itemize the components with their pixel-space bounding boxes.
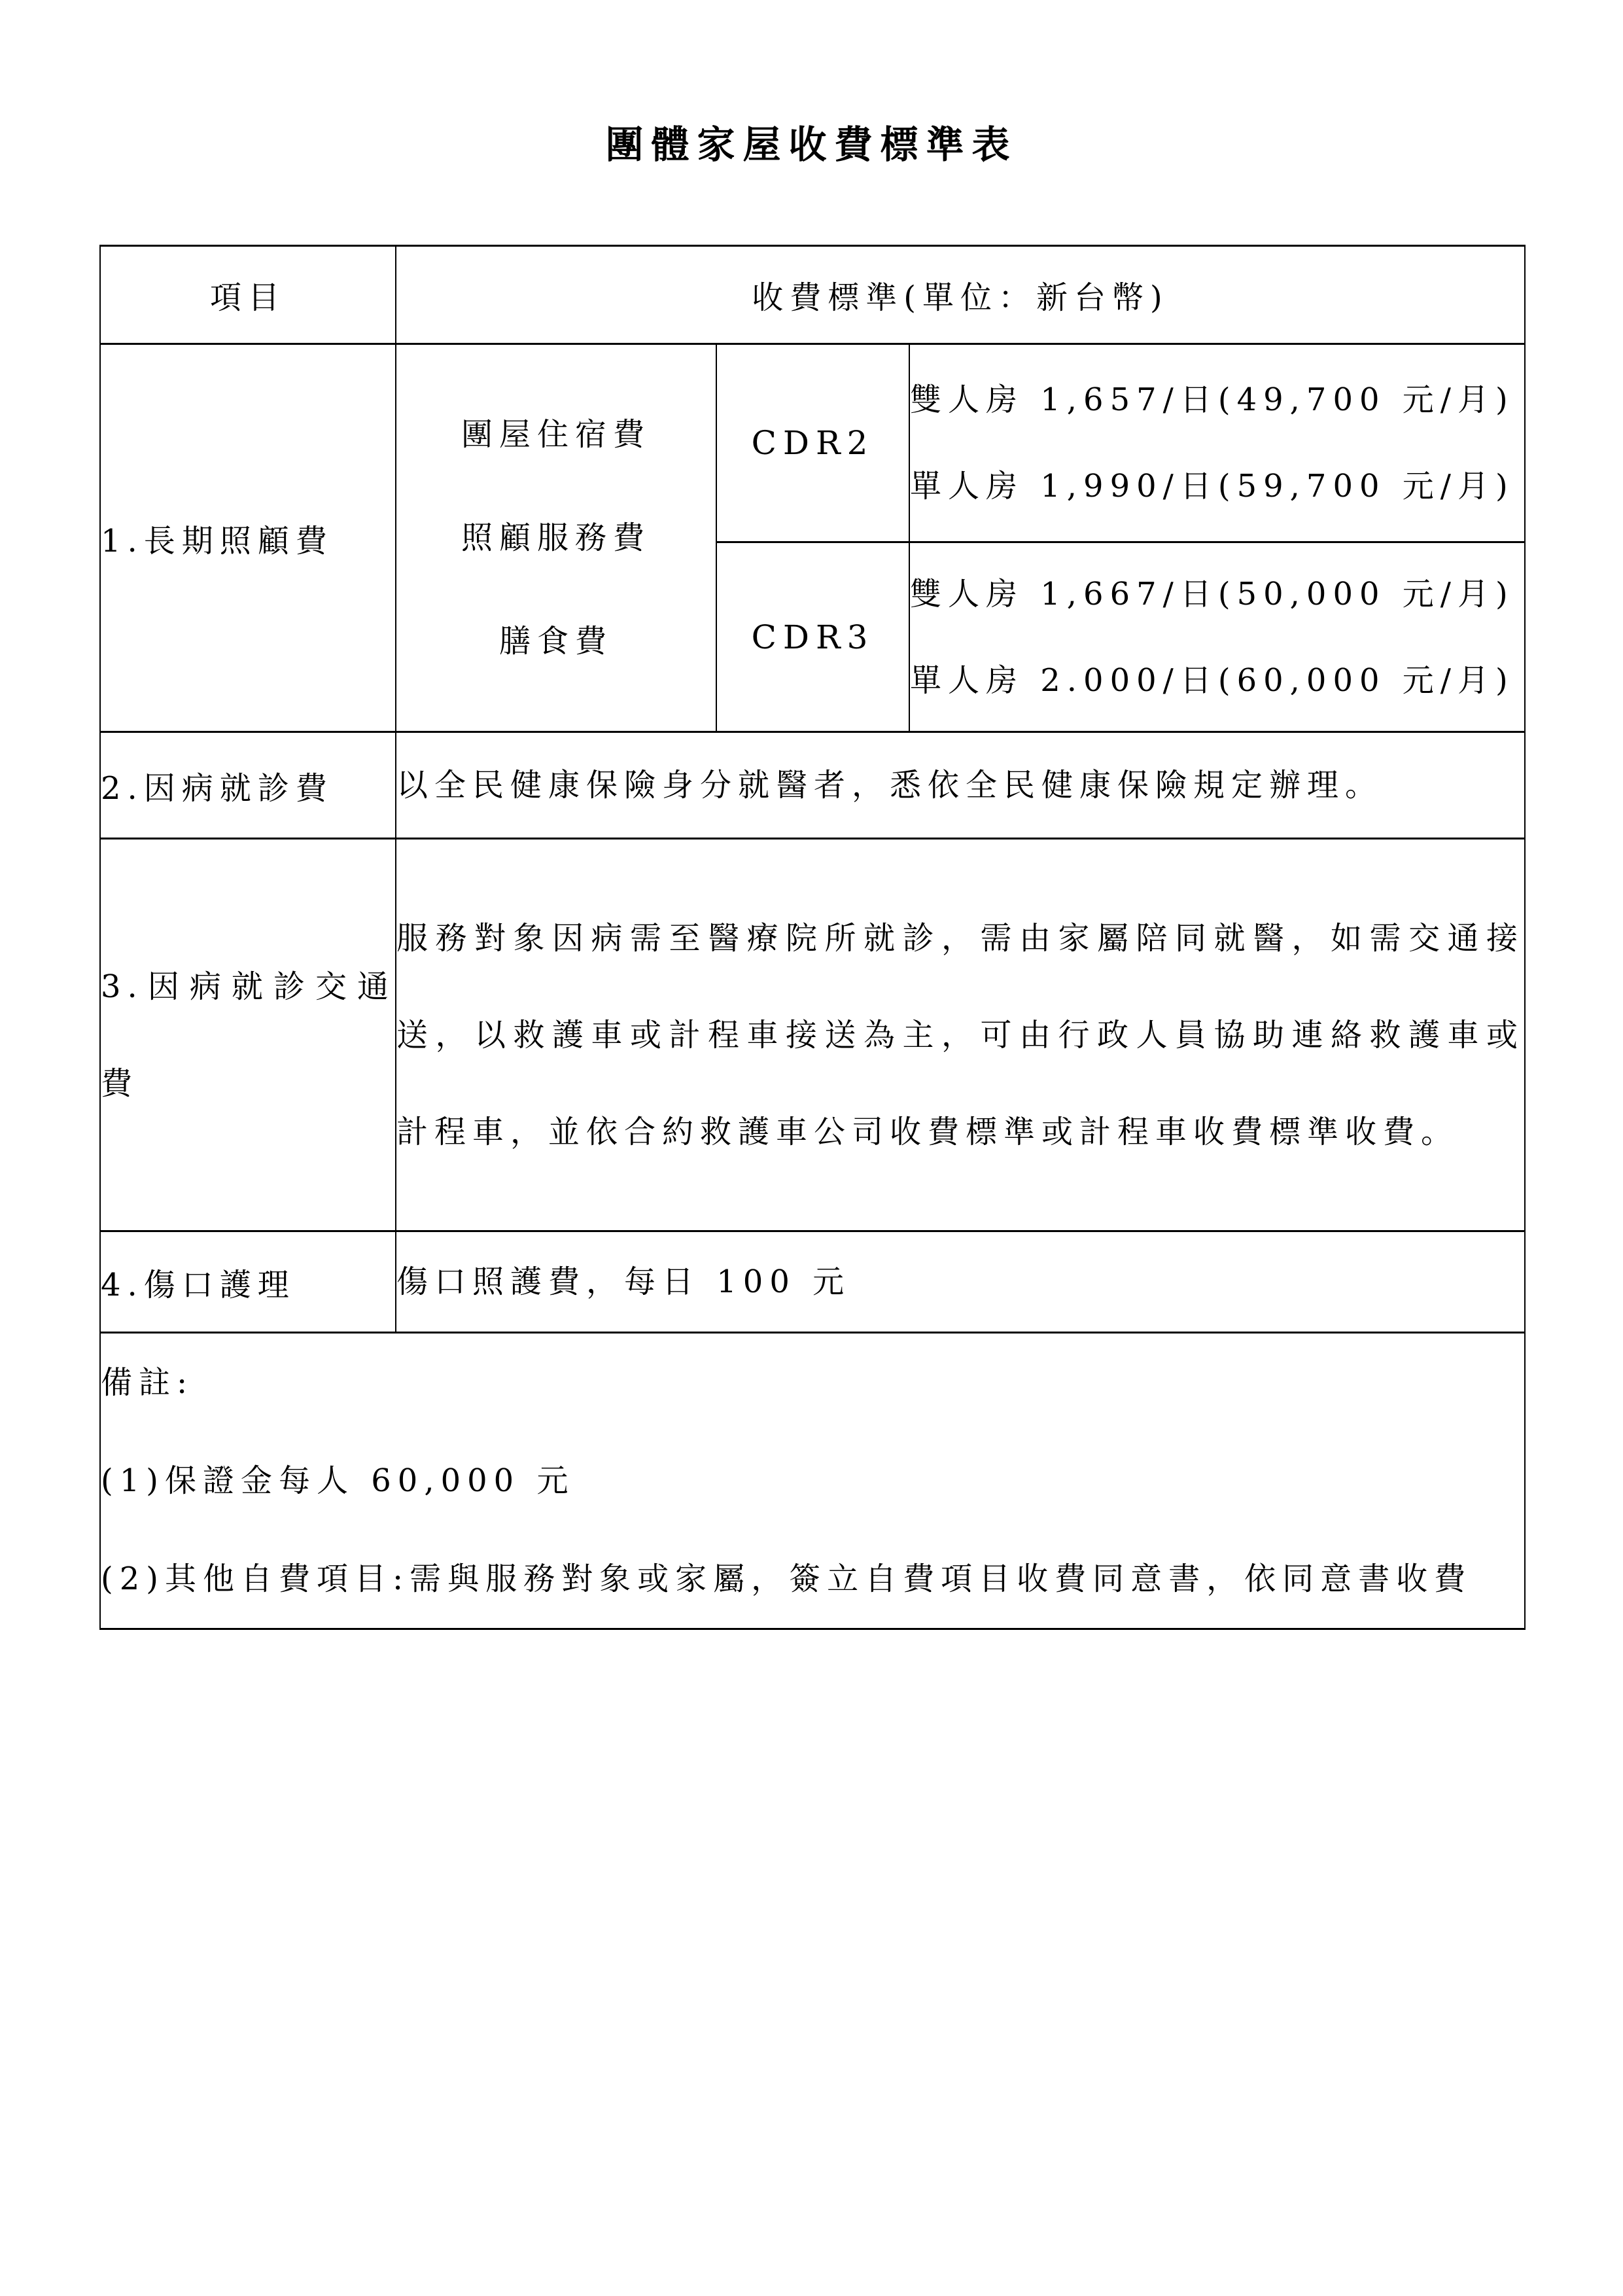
note-item-deposit: (1)保證金每人 60,000 元 <box>101 1432 1524 1530</box>
cdr2-double-room-price: 雙人房 1,657/日(49,700 元/月) <box>910 357 1524 443</box>
cdr3-double-room-price: 雙人房 1,667/日(50,000 元/月) <box>910 551 1524 637</box>
row3-content-cell: 服務對象因病需至醫療院所就診，需由家屬陪同就醫，如需交通接送，以救護車或計程車接… <box>396 839 1525 1231</box>
row1-label-cell: 1.長期照顧費 <box>100 344 396 732</box>
header-standard-cell: 收費標準(單位：新台幣) <box>396 246 1525 344</box>
header-item-cell: 項目 <box>100 246 396 344</box>
fee-item-care: 照顧服務費 <box>396 486 716 590</box>
row-longterm-cdr2: 1.長期照顧費 團屋住宿費 照顧服務費 膳食費 CDR2 雙人房 1,657/日… <box>100 344 1525 542</box>
row-medical-visit-fee: 2.因病就診費 以全民健康保險身分就醫者，悉依全民健康保險規定辦理。 <box>100 732 1525 839</box>
row4-content-cell: 傷口照護費，每日 100 元 <box>396 1231 1525 1333</box>
cdr3-prices-cell: 雙人房 1,667/日(50,000 元/月) 單人房 2.000/日(60,0… <box>909 542 1525 732</box>
header-row: 項目 收費標準(單位：新台幣) <box>100 246 1525 344</box>
notes-cell: 備註: (1)保證金每人 60,000 元 (2)其他自費項目:需與服務對象或家… <box>100 1333 1525 1629</box>
row-transport-fee: 3.因病就診交通費 服務對象因病需至醫療院所就診，需由家屬陪同就醫，如需交通接送… <box>100 839 1525 1231</box>
row1-fee-items-cell: 團屋住宿費 照顧服務費 膳食費 <box>396 344 716 732</box>
notes-title: 備註: <box>101 1333 1524 1432</box>
fee-table: 項目 收費標準(單位：新台幣) 1.長期照顧費 團屋住宿費 照顧服務費 膳食費 … <box>99 245 1526 1630</box>
cdr2-single-room-price: 單人房 1,990/日(59,700 元/月) <box>910 443 1524 529</box>
row2-content-cell: 以全民健康保險身分就醫者，悉依全民健康保險規定辦理。 <box>396 732 1525 839</box>
row-notes: 備註: (1)保證金每人 60,000 元 (2)其他自費項目:需與服務對象或家… <box>100 1333 1525 1629</box>
row-wound-care: 4.傷口護理 傷口照護費，每日 100 元 <box>100 1231 1525 1333</box>
cdr3-single-room-price: 單人房 2.000/日(60,000 元/月) <box>910 637 1524 724</box>
fee-item-meals: 膳食費 <box>396 590 716 693</box>
cdr2-code-cell: CDR2 <box>716 344 909 542</box>
note-item-self-pay: (2)其他自費項目:需與服務對象或家屬，簽立自費項目收費同意書，依同意書收費 <box>101 1530 1524 1628</box>
row3-label-cell: 3.因病就診交通費 <box>100 839 396 1231</box>
document-page: 團體家屋收費標準表 項目 收費標準(單位：新台幣) 1.長期照顧費 團屋住宿費 … <box>0 0 1623 2296</box>
cdr2-prices-cell: 雙人房 1,657/日(49,700 元/月) 單人房 1,990/日(59,7… <box>909 344 1525 542</box>
fee-item-lodging: 團屋住宿費 <box>396 383 716 486</box>
row4-label-cell: 4.傷口護理 <box>100 1231 396 1333</box>
row2-label-cell: 2.因病就診費 <box>100 732 396 839</box>
document-title: 團體家屋收費標準表 <box>0 0 1623 168</box>
cdr3-code-cell: CDR3 <box>716 542 909 732</box>
